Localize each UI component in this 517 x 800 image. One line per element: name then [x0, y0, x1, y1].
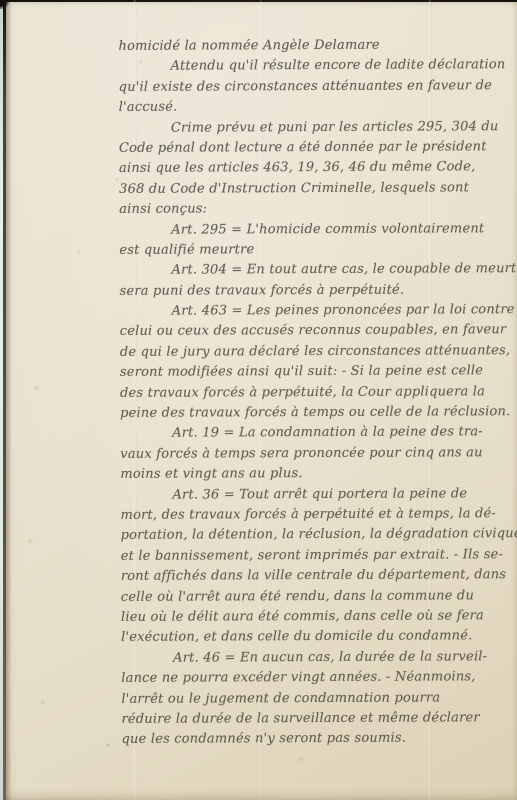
paper-stain	[27, 538, 33, 544]
paper-stain	[76, 249, 81, 254]
manuscript-line: Art. 19 = La condamnation à la peine des…	[120, 423, 512, 445]
manuscript-line: seront modifiées ainsi qu'il suit: - Si …	[120, 361, 512, 383]
manuscript-line: des travaux forcés à perpétuité, la Cour…	[120, 382, 512, 404]
manuscript-line: Art. 463 = Les peines prononcées par la …	[120, 300, 512, 322]
paper-stain	[40, 700, 46, 705]
manuscript-line: portation, la détention, la réclusion, l…	[121, 525, 513, 547]
manuscript-line: réduire la durée de la surveillance et m…	[121, 708, 513, 730]
manuscript-text-block: homicidé la nommée Angèle DelamareAttend…	[118, 35, 513, 750]
manuscript-line: sera puni des travaux forcés à perpétuit…	[120, 280, 512, 302]
manuscript-line: celle où l'arrêt aura été rendu, dans la…	[121, 586, 513, 608]
manuscript-line: peine des travaux forcés à temps ou cell…	[120, 402, 512, 424]
manuscript-line: Art. 36 = Tout arrêt qui portera la pein…	[120, 484, 512, 506]
manuscript-line: 368 du Code d'Instruction Criminelle, le…	[119, 178, 511, 200]
manuscript-line: et le bannissement, seront imprimés par …	[121, 545, 513, 567]
manuscript-line: Attendu qu'il résulte encore de ladite d…	[119, 56, 511, 78]
manuscript-line: de qui le jury aura déclaré les circonst…	[120, 341, 512, 363]
manuscript-line: mort, des travaux forcés à perpétuité et…	[120, 504, 512, 526]
manuscript-line: moins et vingt ans au plus.	[120, 463, 512, 485]
manuscript-line: l'exécution, et dans celle du domicile d…	[121, 626, 513, 648]
manuscript-line: est qualifié meurtre	[119, 239, 511, 261]
manuscript-line: ainsi conçus:	[119, 198, 511, 220]
manuscript-line: qu'il existe des circonstances atténuant…	[119, 76, 511, 98]
manuscript-line: Code pénal dont lecture a été donnée par…	[119, 137, 511, 159]
manuscript-line: l'arrêt ou le jugement de condamnation p…	[121, 688, 513, 710]
manuscript-line: vaux forcés à temps sera prononcée pour …	[120, 443, 512, 465]
manuscript-line: Crime prévu et puni par les articles 295…	[119, 117, 511, 139]
paper-stain	[106, 743, 110, 747]
spine-soft-shadow	[6, 0, 12, 800]
paper-stain	[33, 385, 40, 391]
manuscript-line: Art. 46 = En aucun cas, la durée de la s…	[121, 647, 513, 669]
manuscript-line: lance ne pourra excéder vingt années. - …	[121, 667, 513, 689]
manuscript-line: ront affichés dans la ville centrale du …	[121, 565, 513, 587]
manuscript-page: homicidé la nommée Angèle DelamareAttend…	[0, 0, 517, 800]
manuscript-line: que les condamnés n'y seront pas soumis.	[121, 728, 513, 750]
manuscript-line: l'accusé.	[119, 96, 511, 118]
manuscript-line: Art. 304 = En tout autre cas, le coupabl…	[119, 259, 511, 281]
manuscript-line: Art. 295 = L'homicide commis volontairem…	[119, 219, 511, 241]
manuscript-line: lieu où le délit aura été commis, dans c…	[121, 606, 513, 628]
page-top-left-corner-shadow	[0, 0, 10, 9]
manuscript-line: celui ou ceux des accusés reconnus coupa…	[120, 321, 512, 343]
manuscript-line: homicidé la nommée Angèle Delamare	[118, 35, 510, 57]
manuscript-line: ainsi que les articles 463, 19, 36, 46 d…	[119, 157, 511, 179]
paper-stain	[298, 756, 305, 762]
